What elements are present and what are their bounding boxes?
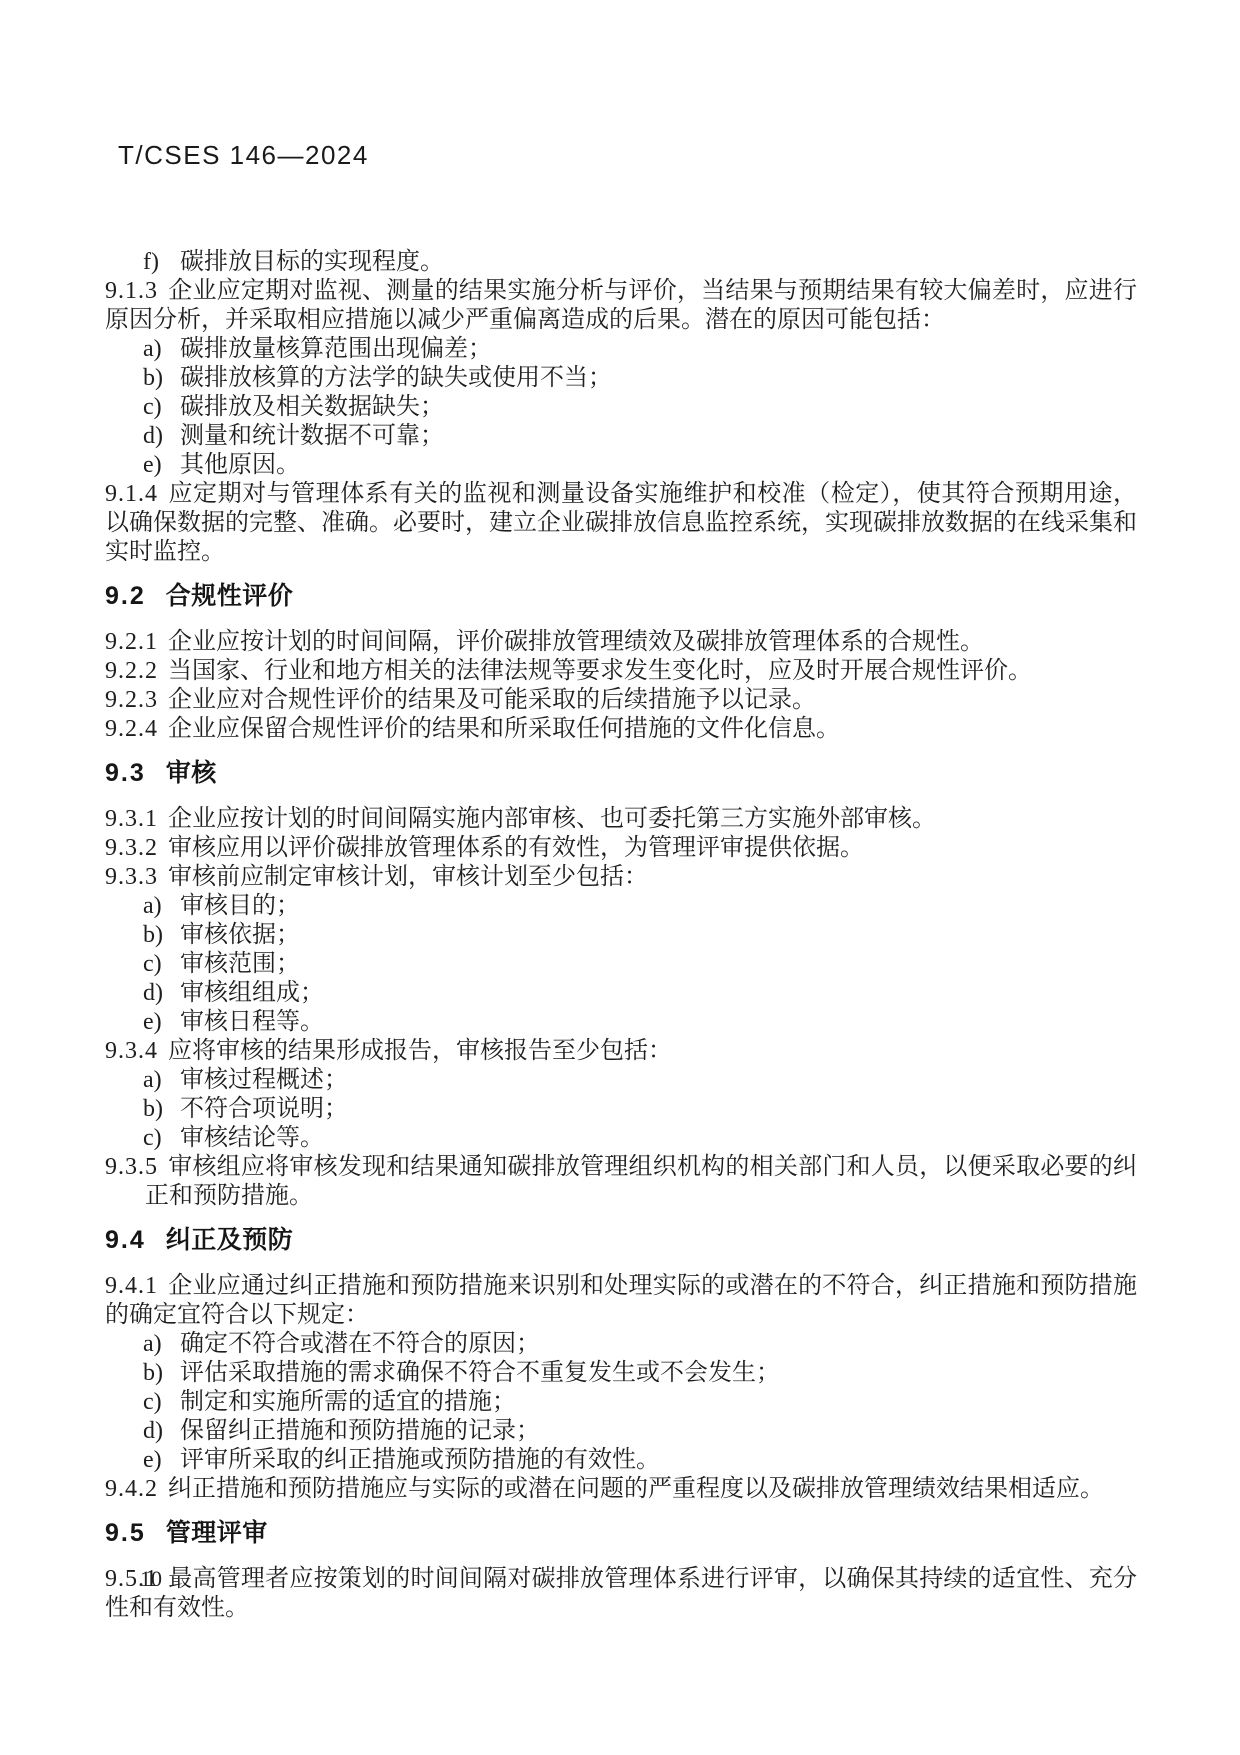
clause-paragraph: 9.3.3审核前应制定审核计划，审核计划至少包括： <box>105 863 1137 892</box>
clause-text: 应定期对与管理体系有关的监视和测量设备实施维护和校准（检定），使其符合预期用途，… <box>105 481 1137 565</box>
clause-paragraph: 9.3.2审核应用以评价碳排放管理体系的有效性，为管理评审提供依据。 <box>105 834 1137 863</box>
clause-text: 审核应用以评价碳排放管理体系的有效性，为管理评审提供依据。 <box>168 835 864 861</box>
list-item-marker: c) <box>143 1388 180 1417</box>
section-heading-title: 合规性评价 <box>166 582 294 610</box>
clause-paragraph: 9.2.1企业应按计划的时间间隔，评价碳排放管理绩效及碳排放管理体系的合规性。 <box>105 628 1137 657</box>
list-item: b)评估采取措施的需求确保不符合不重复发生或不会发生； <box>105 1359 1137 1388</box>
clause-text: 企业应按计划的时间间隔实施内部审核、也可委托第三方实施外部审核。 <box>168 806 936 832</box>
list-item-marker: b) <box>143 921 180 950</box>
clause-text: 当国家、行业和地方相关的法律法规等要求发生变化时，应及时开展合规性评价。 <box>168 658 1032 684</box>
clause-text: 审核组应将审核发现和结果通知碳排放管理组织机构的相关部门和人员，以便采取必要的纠… <box>145 1154 1137 1209</box>
list-item-marker: a) <box>143 1066 180 1095</box>
clause-paragraph: 9.2.4企业应保留合规性评价的结果和所采取任何措施的文件化信息。 <box>105 715 1137 744</box>
list-item-text: 碳排放及相关数据缺失； <box>180 393 1137 422</box>
clause-number: 9.3.1 <box>105 806 158 832</box>
list-item: d)测量和统计数据不可靠； <box>105 422 1137 451</box>
clause-number: 9.4.1 <box>105 1273 158 1299</box>
clause-number: 9.3.5 <box>105 1154 158 1180</box>
clause-number: 9.1.3 <box>105 278 158 304</box>
document-body: f)碳排放目标的实现程度。9.1.3企业应定期对监视、测量的结果实施分析与评价，… <box>105 248 1137 1623</box>
list-item-text: 评审所采取的纠正措施或预防措施的有效性。 <box>180 1446 1137 1475</box>
list-item: a)审核过程概述； <box>105 1066 1137 1095</box>
clause-number: 9.3.3 <box>105 864 158 890</box>
list-item-text: 审核依据； <box>180 921 1137 950</box>
section-heading-number: 9.2 <box>105 582 146 610</box>
clause-text: 企业应保留合规性评价的结果和所采取任何措施的文件化信息。 <box>168 716 840 742</box>
list-item-text: 审核范围； <box>180 950 1137 979</box>
list-item-text: 审核目的； <box>180 892 1137 921</box>
list-item: c)审核结论等。 <box>105 1124 1137 1153</box>
list-item-text: 碳排放量核算范围出现偏差； <box>180 335 1137 364</box>
section-heading-number: 9.5 <box>105 1519 146 1547</box>
list-item-text: 制定和实施所需的适宜的措施； <box>180 1388 1137 1417</box>
clause-number: 9.2.4 <box>105 716 158 742</box>
list-item: c)碳排放及相关数据缺失； <box>105 393 1137 422</box>
list-item: e)审核日程等。 <box>105 1008 1137 1037</box>
list-item-text: 碳排放目标的实现程度。 <box>180 248 1137 277</box>
clause-text: 纠正措施和预防措施应与实际的或潜在问题的严重程度以及碳排放管理绩效结果相适应。 <box>168 1476 1104 1502</box>
list-item-marker: b) <box>143 364 180 393</box>
list-item: d)保留纠正措施和预防措施的记录； <box>105 1417 1137 1446</box>
list-item-marker: c) <box>143 950 180 979</box>
list-item-marker: e) <box>143 1008 180 1037</box>
list-item: e)评审所采取的纠正措施或预防措施的有效性。 <box>105 1446 1137 1475</box>
list-item-text: 测量和统计数据不可靠； <box>180 422 1137 451</box>
list-item-text: 审核过程概述； <box>180 1066 1137 1095</box>
list-item-text: 审核日程等。 <box>180 1008 1137 1037</box>
section-heading-title: 管理评审 <box>166 1519 268 1547</box>
clause-text: 企业应通过纠正措施和预防措施来识别和处理实际的或潜在的不符合，纠正措施和预防措施… <box>105 1273 1137 1328</box>
clause-paragraph: 9.2.3企业应对合规性评价的结果及可能采取的后续措施予以记录。 <box>105 686 1137 715</box>
clause-text: 企业应定期对监视、测量的结果实施分析与评价，当结果与预期结果有较大偏差时，应进行… <box>105 278 1137 333</box>
list-item-text: 不符合项说明； <box>180 1095 1137 1124</box>
list-item-marker: d) <box>143 979 180 1008</box>
list-item-text: 碳排放核算的方法学的缺失或使用不当； <box>180 364 1137 393</box>
list-item-marker: b) <box>143 1095 180 1124</box>
list-item-text: 保留纠正措施和预防措施的记录； <box>180 1417 1137 1446</box>
list-item: c)制定和实施所需的适宜的措施； <box>105 1388 1137 1417</box>
list-item: a)碳排放量核算范围出现偏差； <box>105 335 1137 364</box>
clause-paragraph: 9.2.2当国家、行业和地方相关的法律法规等要求发生变化时，应及时开展合规性评价… <box>105 657 1137 686</box>
clause-paragraph: 9.3.1企业应按计划的时间间隔实施内部审核、也可委托第三方实施外部审核。 <box>105 805 1137 834</box>
list-item-marker: e) <box>143 1446 180 1475</box>
list-item-marker: d) <box>143 1417 180 1446</box>
list-item-text: 其他原因。 <box>180 451 1137 480</box>
list-item: d)审核组组成； <box>105 979 1137 1008</box>
section-heading: 9.3审核 <box>105 759 1137 788</box>
clause-paragraph: 9.4.1企业应通过纠正措施和预防措施来识别和处理实际的或潜在的不符合，纠正措施… <box>105 1272 1137 1330</box>
section-heading: 9.2合规性评价 <box>105 582 1137 611</box>
clause-text: 企业应按计划的时间间隔，评价碳排放管理绩效及碳排放管理体系的合规性。 <box>168 629 984 655</box>
clause-number: 9.3.2 <box>105 835 158 861</box>
section-heading: 9.5管理评审 <box>105 1519 1137 1548</box>
list-item: a)审核目的； <box>105 892 1137 921</box>
list-item: f)碳排放目标的实现程度。 <box>105 248 1137 277</box>
list-item: a)确定不符合或潜在不符合的原因； <box>105 1330 1137 1359</box>
list-item-marker: a) <box>143 1330 180 1359</box>
list-item-text: 确定不符合或潜在不符合的原因； <box>180 1330 1137 1359</box>
clause-paragraph: 9.5.1最高管理者应按策划的时间间隔对碳排放管理体系进行评审，以确保其持续的适… <box>105 1565 1137 1623</box>
section-heading: 9.4纠正及预防 <box>105 1226 1137 1255</box>
page-number: 10 <box>140 1566 162 1592</box>
list-item-text: 审核组组成； <box>180 979 1137 1008</box>
list-item-marker: a) <box>143 335 180 364</box>
clause-text: 应将审核的结果形成报告，审核报告至少包括： <box>168 1038 672 1064</box>
list-item-marker: b) <box>143 1359 180 1388</box>
section-heading-number: 9.3 <box>105 759 146 787</box>
clause-number: 9.2.1 <box>105 629 158 655</box>
list-item-text: 审核结论等。 <box>180 1124 1137 1153</box>
section-heading-title: 审核 <box>166 759 217 787</box>
list-item: b)审核依据； <box>105 921 1137 950</box>
clause-paragraph: 9.3.4应将审核的结果形成报告，审核报告至少包括： <box>105 1037 1137 1066</box>
section-heading-number: 9.4 <box>105 1226 146 1254</box>
list-item-text: 评估采取措施的需求确保不符合不重复发生或不会发生； <box>180 1359 1137 1388</box>
section-heading-title: 纠正及预防 <box>166 1226 294 1254</box>
document-code-header: T/CSES 146—2024 <box>118 140 369 171</box>
document-page: T/CSES 146—2024 f)碳排放目标的实现程度。9.1.3企业应定期对… <box>0 0 1240 1755</box>
list-item-marker: c) <box>143 1124 180 1153</box>
clause-number: 9.2.2 <box>105 658 158 684</box>
clause-text: 审核前应制定审核计划，审核计划至少包括： <box>168 864 648 890</box>
list-item: b)碳排放核算的方法学的缺失或使用不当； <box>105 364 1137 393</box>
clause-paragraph: 9.4.2纠正措施和预防措施应与实际的或潜在问题的严重程度以及碳排放管理绩效结果… <box>105 1475 1137 1504</box>
list-item-marker: d) <box>143 422 180 451</box>
list-item: e)其他原因。 <box>105 451 1137 480</box>
list-item: c)审核范围； <box>105 950 1137 979</box>
list-item: b)不符合项说明； <box>105 1095 1137 1124</box>
list-item-marker: e) <box>143 451 180 480</box>
clause-number: 9.4.2 <box>105 1476 158 1502</box>
clause-text: 最高管理者应按策划的时间间隔对碳排放管理体系进行评审，以确保其持续的适宜性、充分… <box>105 1566 1137 1621</box>
list-item-marker: a) <box>143 892 180 921</box>
list-item-marker: f) <box>143 248 180 277</box>
clause-paragraph: 9.3.5审核组应将审核发现和结果通知碳排放管理组织机构的相关部门和人员，以便采… <box>105 1153 1137 1211</box>
clause-paragraph: 9.1.4应定期对与管理体系有关的监视和测量设备实施维护和校准（检定），使其符合… <box>105 480 1137 567</box>
clause-number: 9.3.4 <box>105 1038 158 1064</box>
clause-number: 9.2.3 <box>105 687 158 713</box>
clause-number: 9.1.4 <box>105 481 158 507</box>
list-item-marker: c) <box>143 393 180 422</box>
clause-text: 企业应对合规性评价的结果及可能采取的后续措施予以记录。 <box>168 687 816 713</box>
clause-paragraph: 9.1.3企业应定期对监视、测量的结果实施分析与评价，当结果与预期结果有较大偏差… <box>105 277 1137 335</box>
